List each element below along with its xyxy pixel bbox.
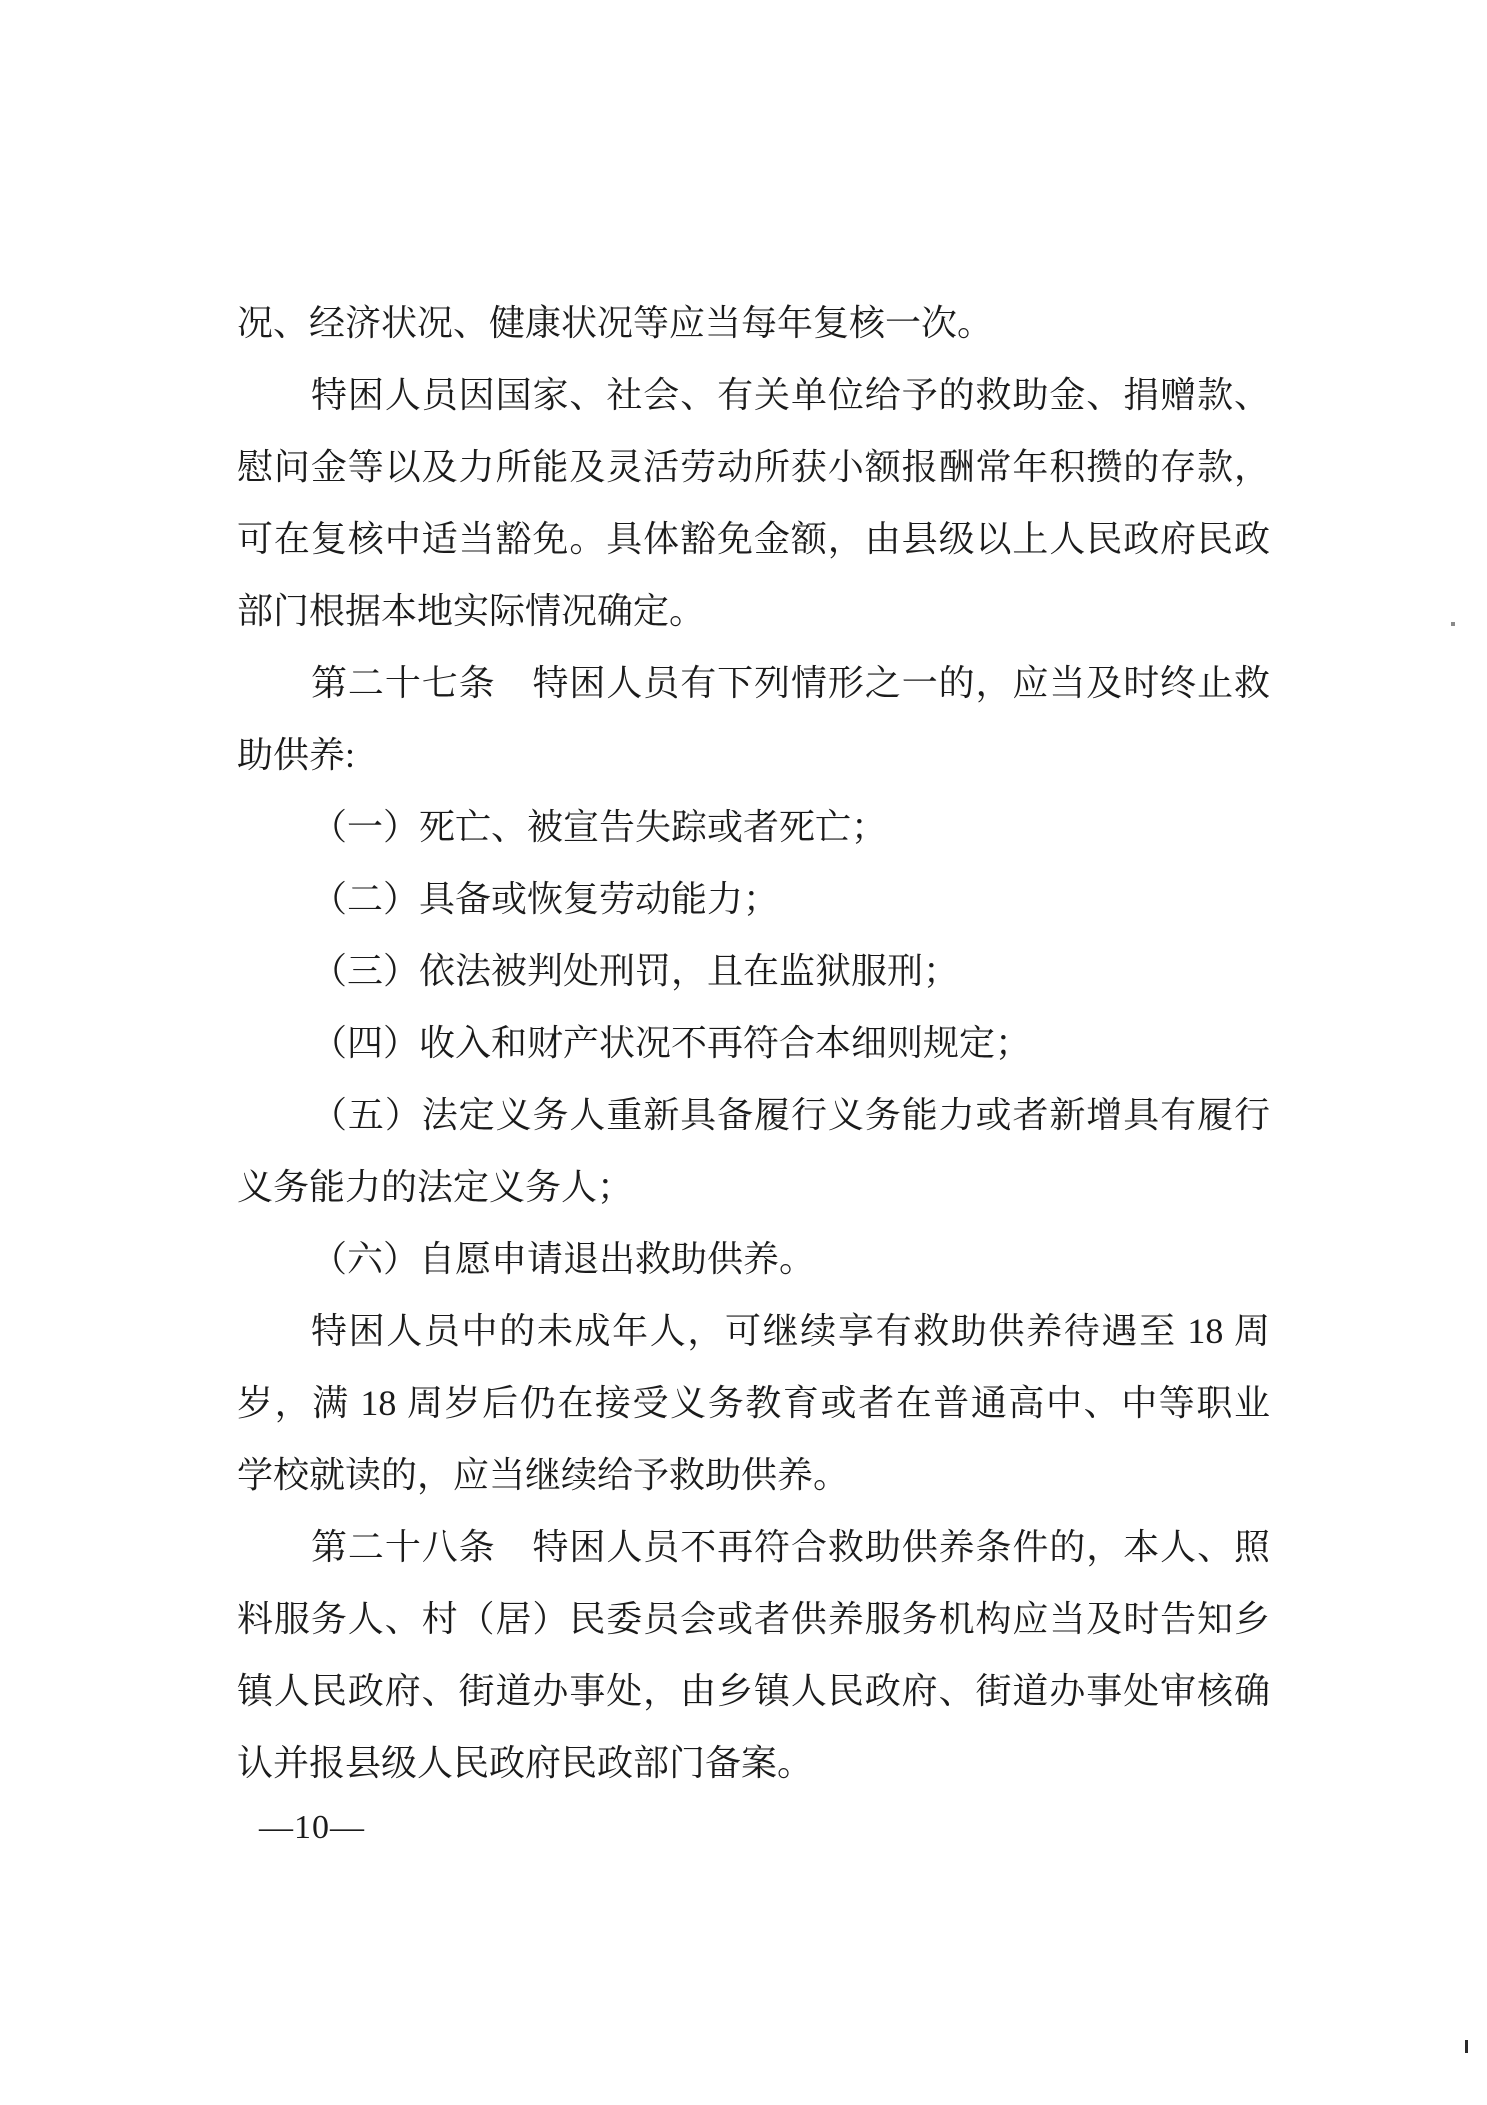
- text-line: 慰问金等以及力所能及灵活劳动所获小额报酬常年积攒的存款，: [237, 431, 1270, 503]
- text-line: 可在复核中适当豁免。具体豁免金额，由县级以上人民政府民政: [237, 503, 1270, 575]
- text-line: 料服务人、村（居）民委员会或者供养服务机构应当及时告知乡: [237, 1583, 1270, 1655]
- text-line: 义务能力的法定义务人；: [237, 1151, 1270, 1223]
- document-page: 况、经济状况、健康状况等应当每年复核一次。特困人员因国家、社会、有关单位给予的救…: [0, 0, 1487, 2105]
- text-line: （三）依法被判处刑罚，且在监狱服刑；: [237, 935, 1270, 1007]
- text-line: 助供养:: [237, 719, 1270, 791]
- text-line: 第二十七条 特困人员有下列情形之一的，应当及时终止救: [237, 647, 1270, 719]
- text-line: 学校就读的，应当继续给予救助供养。: [237, 1439, 1270, 1511]
- text-line: （二）具备或恢复劳动能力；: [237, 863, 1270, 935]
- text-line: （四）收入和财产状况不再符合本细则规定；: [237, 1007, 1270, 1079]
- scan-speckle: [1451, 622, 1455, 626]
- page-number: —10—: [259, 1803, 365, 1853]
- scan-edge-mark: [1465, 2040, 1468, 2053]
- text-line: 岁，满 18 周岁后仍在接受义务教育或者在普通高中、中等职业: [237, 1367, 1270, 1439]
- text-line: 特困人员因国家、社会、有关单位给予的救助金、捐赠款、: [237, 359, 1270, 431]
- text-line: 认并报县级人民政府民政部门备案。: [237, 1727, 1270, 1799]
- text-line: （五）法定义务人重新具备履行义务能力或者新增具有履行: [237, 1079, 1270, 1151]
- text-line: 第二十八条 特困人员不再符合救助供养条件的，本人、照: [237, 1511, 1270, 1583]
- document-text-block: 况、经济状况、健康状况等应当每年复核一次。特困人员因国家、社会、有关单位给予的救…: [237, 287, 1270, 1799]
- text-line: 部门根据本地实际情况确定。: [237, 575, 1270, 647]
- text-line: 特困人员中的未成年人，可继续享有救助供养待遇至 18 周: [237, 1295, 1270, 1367]
- text-line: 况、经济状况、健康状况等应当每年复核一次。: [237, 287, 1270, 359]
- text-line: （一）死亡、被宣告失踪或者死亡；: [237, 791, 1270, 863]
- text-line: 镇人民政府、街道办事处，由乡镇人民政府、街道办事处审核确: [237, 1655, 1270, 1727]
- text-line: （六）自愿申请退出救助供养。: [237, 1223, 1270, 1295]
